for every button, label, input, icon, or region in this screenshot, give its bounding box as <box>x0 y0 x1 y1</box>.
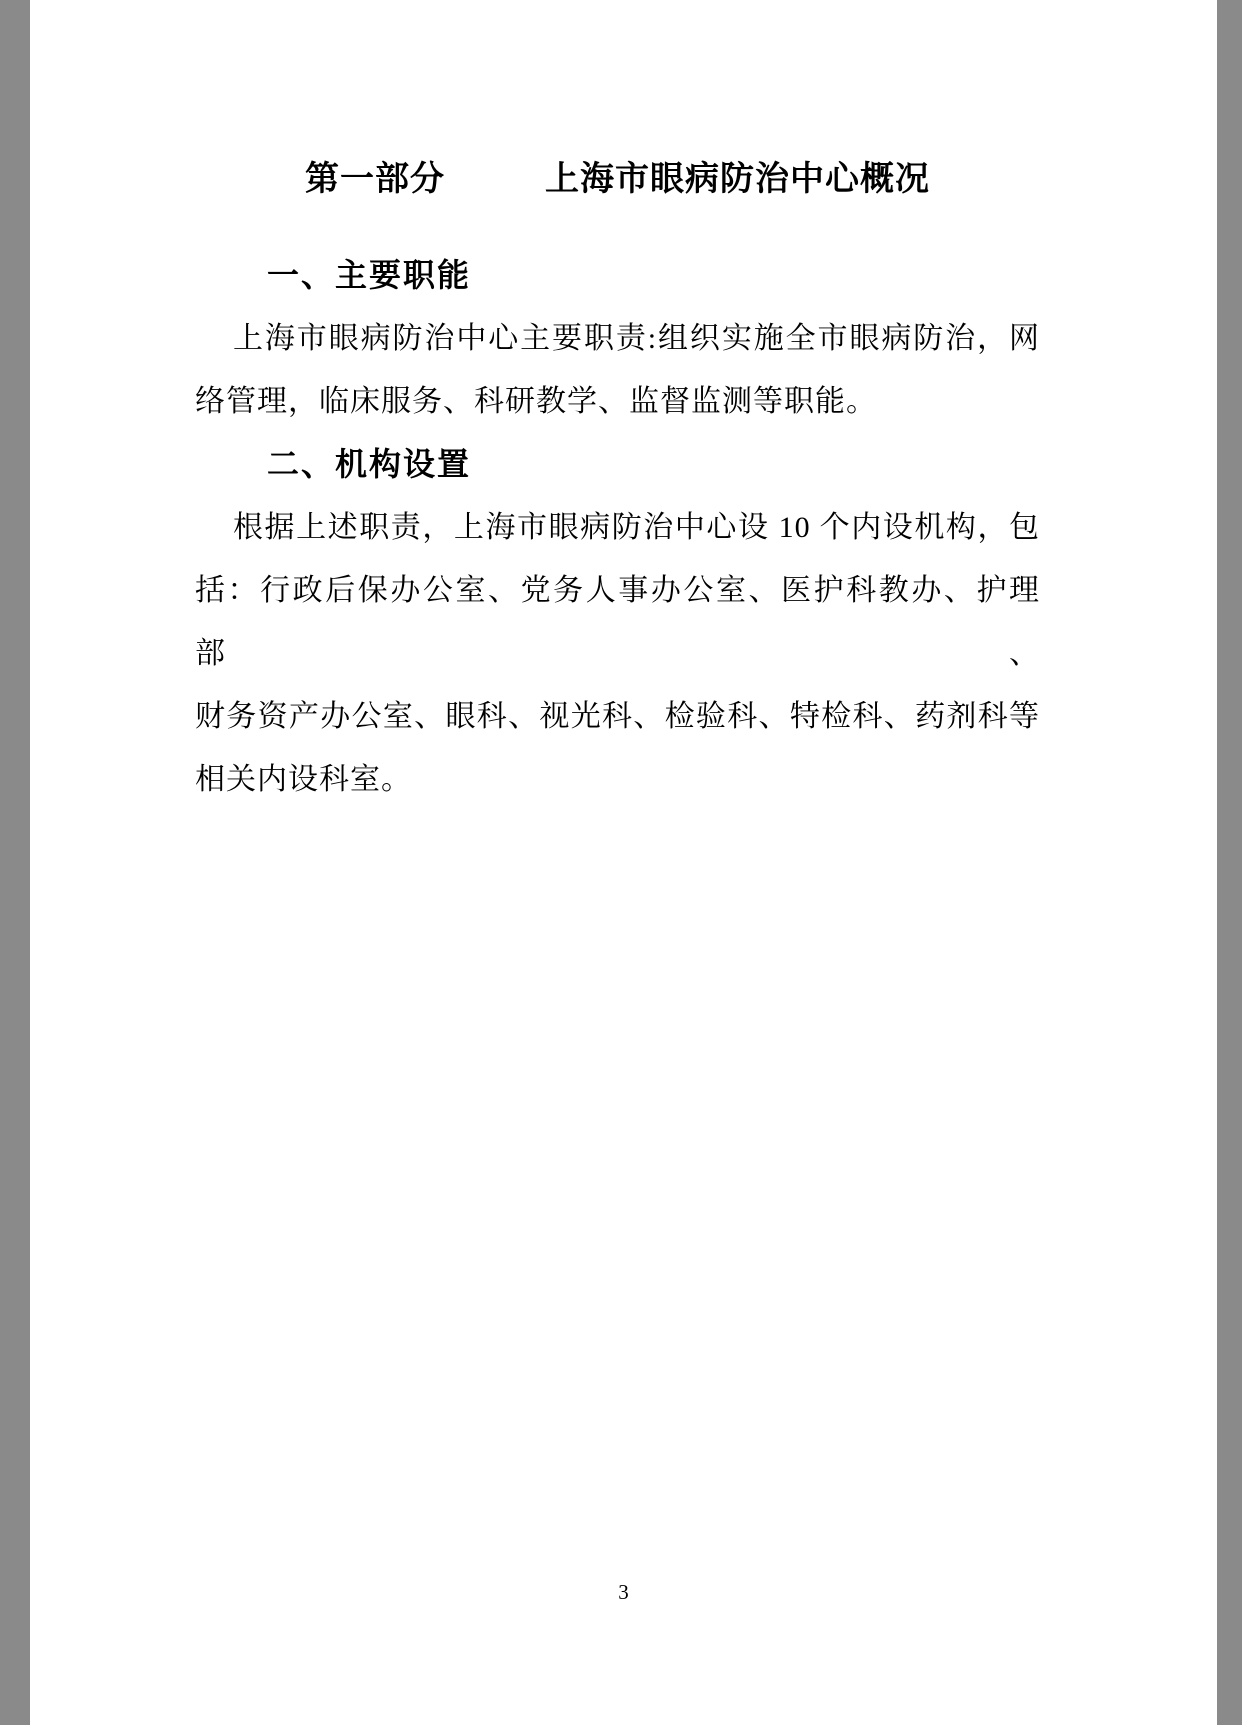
document-title: 第一部分上海市眼病防治中心概况 <box>195 0 1040 211</box>
paragraph-line: 上海市眼病防治中心主要职责:组织实施全市眼病防治，网 <box>195 307 1040 370</box>
paragraph-line: 相关内设科室。 <box>195 748 1040 811</box>
document-page: 第一部分上海市眼病防治中心概况 一、主要职能 上海市眼病防治中心主要职责:组织实… <box>30 0 1217 1725</box>
paragraph-line: 财务资产办公室、眼科、视光科、检验科、特检科、药剂科等 <box>195 685 1040 748</box>
document-content: 第一部分上海市眼病防治中心概况 一、主要职能 上海市眼病防治中心主要职责:组织实… <box>30 0 1217 811</box>
title-part-label: 第一部分 <box>305 160 445 198</box>
paragraph-line: 根据上述职责，上海市眼病防治中心设 10 个内设机构，包 <box>195 496 1040 559</box>
section-2-heading: 二、机构设置 <box>195 433 1040 496</box>
paragraph-line: 括：行政后保办公室、党务人事办公室、医护科教办、护理部、 <box>195 559 1040 685</box>
title-text: 上海市眼病防治中心概况 <box>545 160 930 198</box>
section-1-heading: 一、主要职能 <box>195 244 1040 307</box>
viewer-left-gutter <box>0 0 30 1725</box>
section-1-paragraph: 上海市眼病防治中心主要职责:组织实施全市眼病防治，网 络管理，临床服务、科研教学… <box>195 307 1040 433</box>
page-number: 3 <box>30 1575 1217 1609</box>
paragraph-line: 络管理，临床服务、科研教学、监督监测等职能。 <box>195 370 1040 433</box>
viewer-right-gutter <box>1217 0 1242 1725</box>
section-2-paragraph: 根据上述职责，上海市眼病防治中心设 10 个内设机构，包 括：行政后保办公室、党… <box>195 496 1040 811</box>
